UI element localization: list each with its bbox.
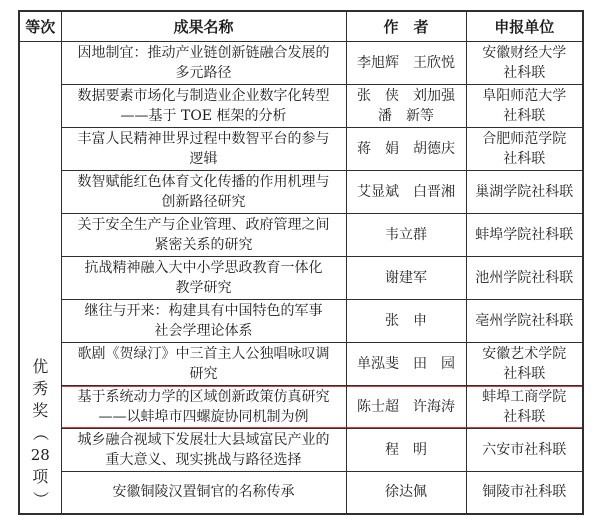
table-row: 优秀奖（28项） 因地制宜：推动产业链创新链融合发展的 多元路径 李旭辉 王欣悦… [19, 41, 583, 84]
result-title: 数智赋能红色体育文化传播的作用机理与 创新路径研究 [61, 170, 346, 213]
rank-group-label: 优秀奖（28项） [20, 356, 61, 510]
result-authors: 蒋 娟 胡德庆 [346, 127, 466, 170]
result-authors: 艾显斌 白晋湘 [346, 170, 466, 213]
result-title: 歌剧《贺绿汀》中三首主人公独唱咏叹调 研究 [61, 342, 346, 385]
table-row: 抗战精神融入大中小学思政教育一体化 教学研究 谢建军 池州学院社科联 [19, 256, 583, 299]
result-unit: 合肥师范学院 社科联 [466, 127, 583, 170]
result-title: 基于系统动力学的区域创新政策仿真研究 ——以蚌埠市四螺旋协同机制为例 [61, 385, 346, 428]
rank-label-char: 28 [31, 444, 50, 466]
table-row: 数据要素市场化与制造业企业数字化转型 ——基于 TOE 框架的分析 张 侠 刘加… [19, 84, 583, 127]
result-authors: 张 申 [346, 299, 466, 342]
rank-group-cell: 优秀奖（28项） [19, 41, 61, 514]
rank-label-char: 项 [32, 466, 48, 488]
table-row: 关于安全生产与企业管理、政府管理之间 紧密关系的研究 韦立群 蚌埠学院社科联 [19, 213, 583, 256]
header-title: 成果名称 [61, 11, 346, 41]
result-unit: 蚌埠学院社科联 [466, 213, 583, 256]
result-unit: 安徽财经大学 社科联 [466, 41, 583, 84]
result-title: 数据要素市场化与制造业企业数字化转型 ——基于 TOE 框架的分析 [61, 84, 346, 127]
result-title: 关于安全生产与企业管理、政府管理之间 紧密关系的研究 [61, 213, 346, 256]
result-unit: 六安市社科联 [466, 428, 583, 471]
header-rank: 等次 [19, 11, 61, 41]
table-row: 继往与开来：构建具有中国特色的军事 社会学理论体系 张 申 亳州学院社科联 [19, 299, 583, 342]
result-authors: 谢建军 [346, 256, 466, 299]
header-unit: 申报单位 [466, 11, 583, 41]
result-title: 丰富人民精神世界过程中数智平台的参与 逻辑 [61, 127, 346, 170]
result-authors: 李旭辉 王欣悦 [346, 41, 466, 84]
result-authors: 张 侠 刘加强 潘 新等 [346, 84, 466, 127]
table-row: 城乡融合视域下发展壮大县域富民产业的 重大意义、现实挑战与路径选择 程 明 六安… [19, 428, 583, 471]
result-unit: 蚌埠工商学院 社科联 [466, 385, 583, 428]
result-title: 抗战精神融入大中小学思政教育一体化 教学研究 [61, 256, 346, 299]
rank-label-char: 奖 [32, 400, 48, 422]
table-row: 歌剧《贺绿汀》中三首主人公独唱咏叹调 研究 单泓斐 田 园 安徽艺术学院 社科联 [19, 342, 583, 385]
result-unit: 阜阳师范大学 社科联 [466, 84, 583, 127]
result-authors: 韦立群 [346, 213, 466, 256]
table-row: 丰富人民精神世界过程中数智平台的参与 逻辑 蒋 娟 胡德庆 合肥师范学院 社科联 [19, 127, 583, 170]
table-header-row: 等次 成果名称 作 者 申报单位 [19, 11, 583, 41]
result-authors: 徐达佩 [346, 471, 466, 514]
result-unit: 池州学院社科联 [466, 256, 583, 299]
result-authors: 程 明 [346, 428, 466, 471]
page: 等次 成果名称 作 者 申报单位 优秀奖（28项） 因地制宜：推动产业链创新链融… [0, 0, 599, 517]
result-title: 继往与开来：构建具有中国特色的军事 社会学理论体系 [61, 299, 346, 342]
table-row: 基于系统动力学的区域创新政策仿真研究 ——以蚌埠市四螺旋协同机制为例 陈士超 许… [19, 385, 583, 428]
result-unit: 巢湖学院社科联 [466, 170, 583, 213]
result-title: 城乡融合视域下发展壮大县域富民产业的 重大意义、现实挑战与路径选择 [61, 428, 346, 471]
result-title: 因地制宜：推动产业链创新链融合发展的 多元路径 [61, 41, 346, 84]
header-authors: 作 者 [346, 11, 466, 41]
rank-label-char: 优 [32, 356, 48, 378]
results-table: 等次 成果名称 作 者 申报单位 优秀奖（28项） 因地制宜：推动产业链创新链融… [18, 10, 584, 515]
rank-label-char: 秀 [32, 378, 48, 400]
table-row: 安徽铜陵汉置铜官的名称传承 徐达佩 铜陵市社科联 [19, 471, 583, 514]
result-title: 安徽铜陵汉置铜官的名称传承 [61, 471, 346, 514]
result-unit: 亳州学院社科联 [466, 299, 583, 342]
result-authors: 单泓斐 田 园 [346, 342, 466, 385]
result-unit: 安徽艺术学院 社科联 [466, 342, 583, 385]
table-row: 数智赋能红色体育文化传播的作用机理与 创新路径研究 艾显斌 白晋湘 巢湖学院社科… [19, 170, 583, 213]
rank-label-char: （ [29, 424, 51, 440]
rank-label-char: ） [29, 490, 51, 506]
result-authors: 陈士超 许海涛 [346, 385, 466, 428]
result-unit: 铜陵市社科联 [466, 471, 583, 514]
